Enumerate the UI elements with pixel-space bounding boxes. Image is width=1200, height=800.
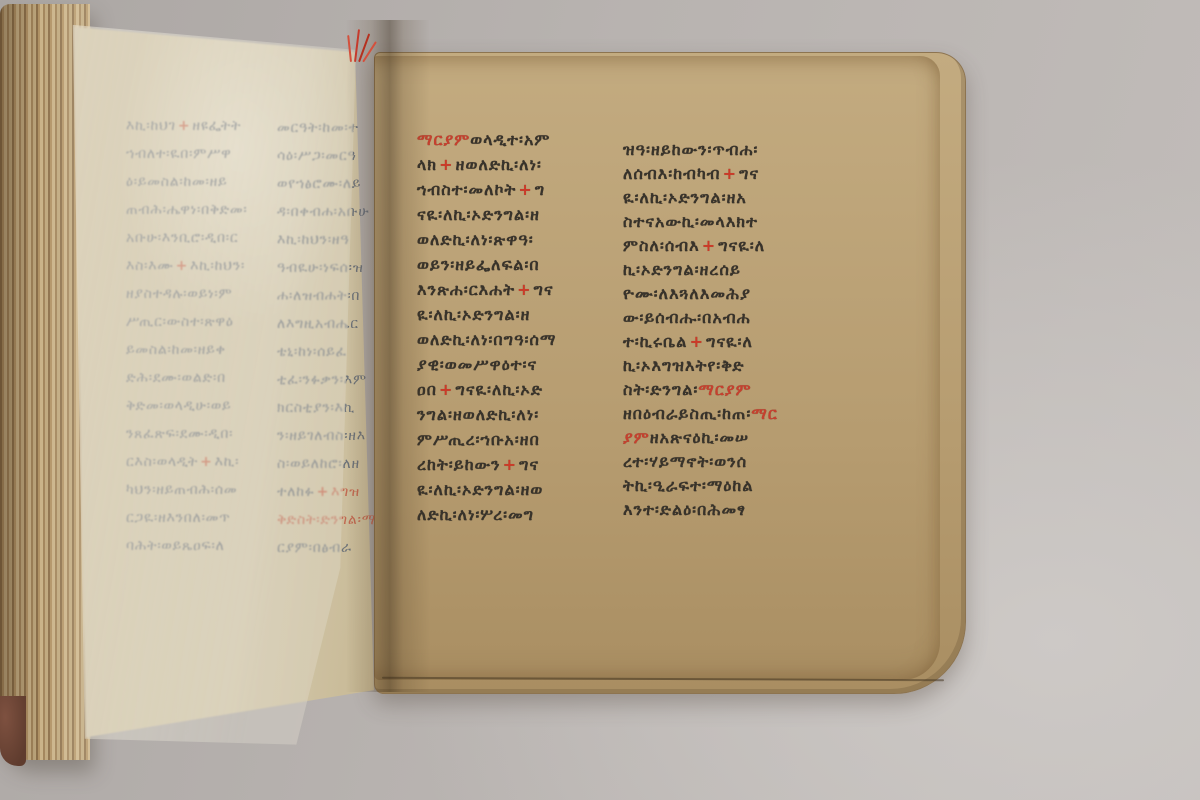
text-line: ያምዘአጽናዕኪ፡መሠ (623, 426, 823, 450)
text-line: ለሰብእ፡ከብካብ+ግና (623, 162, 823, 186)
thread-strand (347, 35, 352, 62)
text-line: ለእግዚአብሔር (277, 310, 375, 338)
text-line: ሐ፡ለዝብሐት፡በ (277, 282, 375, 310)
text-line: ወለድኪ፡ለነ፡በግዓ፡ሰማ (417, 327, 617, 352)
text-line: ሳዕ፡ሥጋ፡መርዓ (277, 142, 375, 170)
left-page-column-1: እኪ፡ከህገ+ዘዩፌትትኀብለተ፡ዪበ፡ምሥዋዕ፡ይመስል፡ከመ፡ዘይጠብሕ፡ሔ… (126, 112, 276, 562)
text-line: ተ፡ኪሩቤል+ግናዪ፡ለ (623, 330, 823, 354)
text-line: ይመስል፡ከመ፡ዘይቀ (126, 336, 276, 364)
text-line: ዪ፡ለኪ፡ኦድንግል፡ዘወ (417, 477, 617, 502)
text-line: ዪ፡ለኪ፡ኦድንግል፡ዘ (417, 302, 617, 327)
text-line: ዐበ+ግናዪ፡ለኪ፡ኦድ (417, 377, 617, 402)
text-line: ስት፡ድንግል፡ማርያም (623, 378, 823, 402)
manuscript-photo: እኪ፡ከህገ+ዘዩፌትትኀብለተ፡ዪበ፡ምሥዋዕ፡ይመስል፡ከመ፡ዘይጠብሕ፡ሔ… (0, 0, 1200, 800)
text-line: ን፡ዘይገለብስ፡ዘእ (277, 422, 375, 450)
text-line: መርዓት፡ከመ፡ተ (277, 114, 375, 142)
left-page-column-2: መርዓት፡ከመ፡ተሳዕ፡ሥጋ፡መርዓወየኀፅሮሙ፡ለይዳ፡በቀብሐ፡አቡሁእኪ፡… (277, 114, 375, 564)
text-line: ወይን፡ዘይፌለፍል፡በ (417, 252, 617, 277)
text-line: ተለከፉ+እግዝ (277, 478, 375, 506)
text-line: ቅድመ፡ወላዲሁ፡ወይ (126, 392, 276, 420)
text-line: እስ፡እሙ+እኪ፡ከህን፡ (126, 252, 276, 280)
text-line: ቴኒ፡ከነ፡ሰይፈ (277, 338, 375, 366)
cover-edge (0, 696, 26, 766)
text-line: ናዪ፡ለኪ፡ኦድንግል፡ዘ (417, 202, 617, 227)
text-line: ወየኀፅሮሙ፡ለይ (277, 170, 375, 198)
text-line: ርያም፡በፅብራ (277, 534, 375, 562)
text-line: ኪ፡ኦድንግል፡ዘረሰይ (623, 258, 823, 282)
text-line: ቅድስት፡ድንግል፡ማ (277, 506, 375, 534)
text-line: ዮሙ፡ለእጓለእመሕያ (623, 282, 823, 306)
text-line: ዕ፡ይመስል፡ከመ፡ዘይ (126, 168, 276, 196)
text-line: ዘበዕብራይስጢ፡ከጠ፡ማር (623, 402, 823, 426)
text-line: እኪ፡ከህን፡ዘዓ (277, 226, 375, 254)
text-line: ምሥጢረ፡ኀቡአ፡ዘበ (417, 427, 617, 452)
text-line: ለድኪ፡ለነ፡ሦረ፡መግ (417, 502, 617, 527)
text-line: ዓብዪሁ፡ነፍሰ፡ዝ (277, 254, 375, 282)
text-line: ላክ+ዘወለድኪ፡ለነ፡ (417, 152, 617, 177)
text-line: ኀብስተ፡መለኮት+ግ (417, 177, 617, 202)
right-page-column-2: ዝዓ፡ዘይከውን፡ጥብሐ፡ለሰብእ፡ከብካብ+ግናዪ፡ለኪ፡ኦድንግል፡ዘአስተ… (623, 138, 823, 538)
right-page-column-1: ማርያምወላዲተ፡አምላክ+ዘወለድኪ፡ለነ፡ኀብስተ፡መለኮት+ግናዪ፡ለኪ፡… (417, 127, 617, 537)
text-line: ትኪ፡ዒራፍተ፡ማዕከል (623, 474, 823, 498)
text-line: ዘያስተዳሉ፡ወይነ፡ም (126, 280, 276, 308)
text-line: ረተ፡ሃይማኖት፡ወንሰ (623, 450, 823, 474)
text-line: ወለድኪ፡ለነ፡ጽዋዓ፡ (417, 227, 617, 252)
text-line: እንተ፡ድልዕ፡በሕመፃ (623, 498, 823, 522)
text-line: ድሕ፡ደሙ፡ወልድ፡በ (126, 364, 276, 392)
text-line: ምስለ፡ሰብእ+ግናዪ፡ለ (623, 234, 823, 258)
text-line: ባሕት፡ወይጼዐፍ፡ለ (126, 532, 276, 560)
text-line: ዝዓ፡ዘይከውን፡ጥብሐ፡ (623, 138, 823, 162)
text-line: እንጽሐ፡ርእሐት+ግና (417, 277, 617, 302)
text-line: ካህን፡ዘይጠብሕ፡ሰመ (126, 476, 276, 504)
text-line: ው፡ይሰብሑ፡በአብሐ (623, 306, 823, 330)
text-line: ረከት፡ይከውን+ግና (417, 452, 617, 477)
text-line: ጠብሕ፡ሔዋነ፡በቅድመ፡ (126, 196, 276, 224)
text-line: ያዊ፡ወመሥዋዕተ፡ና (417, 352, 617, 377)
text-line: ስተናአውኪ፡መላእክተ (623, 210, 823, 234)
text-line: ዳ፡በቀብሐ፡አቡሁ (277, 198, 375, 226)
endband-thread-red-icon (338, 20, 378, 62)
text-line: ዪ፡ለኪ፡ኦድንግል፡ዘአ (623, 186, 823, 210)
text-line: ቲፈ፡ንፉቃን፡እም (277, 366, 375, 394)
text-line: ኪ፡ኦእግዝእትየ፡ቅድ (623, 354, 823, 378)
text-line: እኪ፡ከህገ+ዘዩፌትት (126, 112, 276, 140)
text-line: ሥጢር፡ውስተ፡ጽዋዕ (126, 308, 276, 336)
text-line: ንጸፈጽፍ፡ደሙ፡ዲበ፡ (126, 420, 276, 448)
text-line: ኀብለተ፡ዪበ፡ምሥዋ (126, 140, 276, 168)
text-line: ንግል፡ዘወለድኪ፡ለነ፡ (417, 402, 617, 427)
text-line: ርእስ፡ወላዲት+እኪ፡ (126, 448, 276, 476)
text-line: ርጋዪ፡ዘእንበለ፡መጥ (126, 504, 276, 532)
text-line: ክርስቲያን፡እኪ (277, 394, 375, 422)
text-line: አቡሁ፡እንቢሮ፡ዲበ፡ር (126, 224, 276, 252)
text-line: ማርያምወላዲተ፡አም (417, 127, 617, 152)
text-line: ስ፡ወይለከሮ፡ለዘ (277, 450, 375, 478)
